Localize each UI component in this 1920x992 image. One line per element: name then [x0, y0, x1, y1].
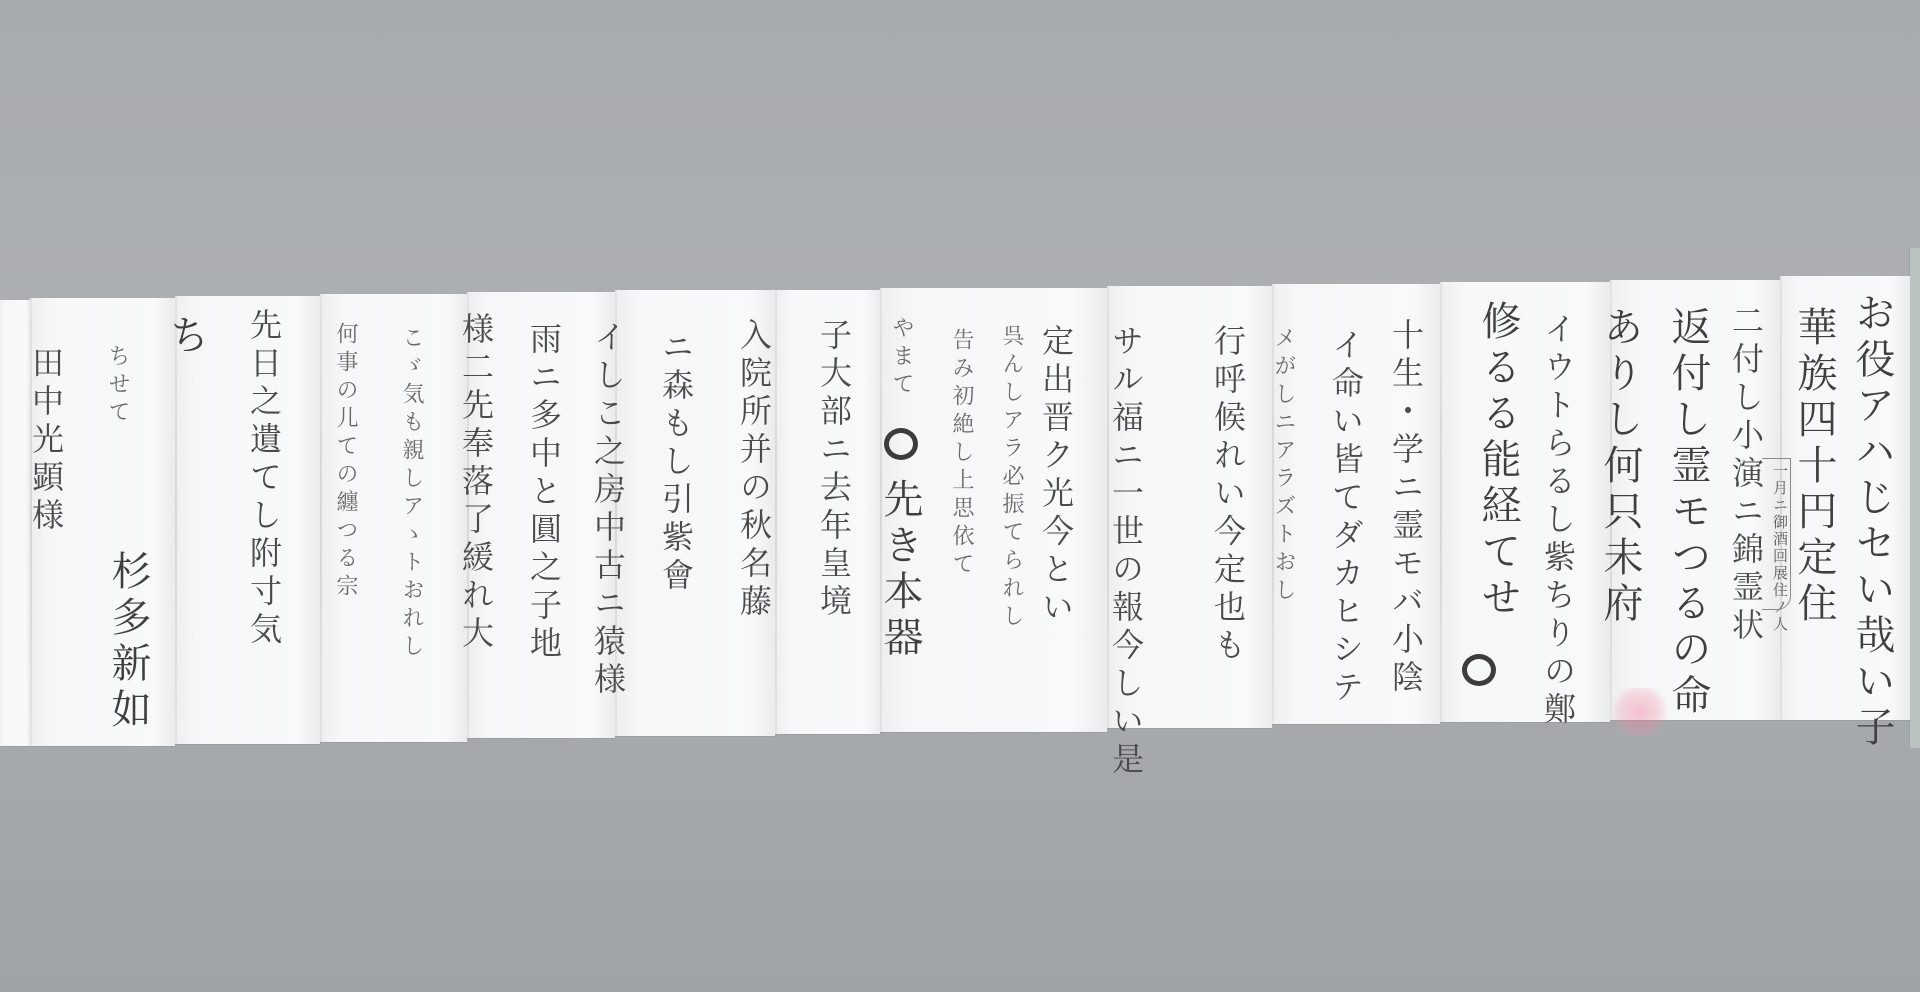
mount-edge	[1909, 248, 1920, 748]
fold-line	[1440, 282, 1442, 722]
circle-mark	[884, 428, 918, 460]
text-column: 呉んしアラ必振てられし	[1000, 324, 1022, 632]
text-column: やまて	[890, 316, 912, 400]
text-column: 様二先奉落了緩れ大	[460, 312, 492, 654]
text-column: 先日之遺てし附寸気	[248, 308, 280, 650]
text-column: 告み初絶し上思依て	[950, 328, 972, 580]
paper-panel	[1440, 282, 1610, 722]
text-column: 華族四十円定住	[1794, 306, 1834, 628]
text-column: ニ森もし引紫會	[660, 330, 692, 596]
fold-line	[175, 296, 177, 744]
text-column: 雨ニ多中と圓之子地	[528, 322, 560, 664]
photo-background: お役アハじセい哉い子 華族四十円定住 一月ニ御酒回展住ノ人 二付し小演ニ錦霊状 …	[0, 0, 1920, 992]
text-column: 修るる能経てせ	[1478, 300, 1518, 622]
text-column: イしこ之房中古ニ猿様	[592, 320, 624, 700]
text-column: 行呼候れい今定也も	[1212, 324, 1244, 666]
red-seal-stamp	[1610, 688, 1670, 736]
signature: 杉多新如	[108, 550, 148, 734]
text-column: ち	[166, 314, 206, 360]
text-column: サル福ニ一世の報今しい是	[1110, 324, 1142, 780]
letter-scroll: お役アハじセい哉い子 華族四十円定住 一月ニ御酒回展住ノ人 二付し小演ニ錦霊状 …	[0, 288, 1910, 748]
text-column: こゞ気も親しアゝトおれし	[400, 326, 422, 662]
paper-panel	[0, 300, 30, 746]
text-column: イ命い皆てダカヒシテ	[1330, 328, 1362, 708]
text-column: ありし何只未府	[1600, 306, 1640, 628]
annotation-bracket	[1762, 458, 1791, 610]
text-column: 二付し小演ニ錦霊状	[1730, 304, 1762, 646]
fold-line	[775, 290, 777, 734]
text-column: 十生・学ニ霊モバ小陰	[1390, 318, 1422, 698]
text-column: 子大部ニ去年皇境	[818, 318, 850, 622]
text-column: お役アハじセい哉い子	[1852, 292, 1892, 752]
text-column: メがしニアラズトおし	[1272, 326, 1294, 606]
text-column: 先き本器	[880, 478, 920, 662]
text-column: 何事の儿ての纏つる宗	[334, 322, 356, 602]
circle-mark	[1462, 654, 1496, 686]
fold-line	[320, 294, 322, 742]
addressee: 田中光顕様	[30, 346, 62, 536]
text-column: 入院所并の秋名藤	[738, 318, 770, 622]
text-column: ちせて	[106, 344, 128, 428]
text-column: 返付し霊モつるの命	[1668, 306, 1708, 720]
text-column: 定出晋ク光今とい	[1040, 324, 1072, 628]
text-column: イウトらるし紫ちりの鄭	[1542, 312, 1574, 730]
